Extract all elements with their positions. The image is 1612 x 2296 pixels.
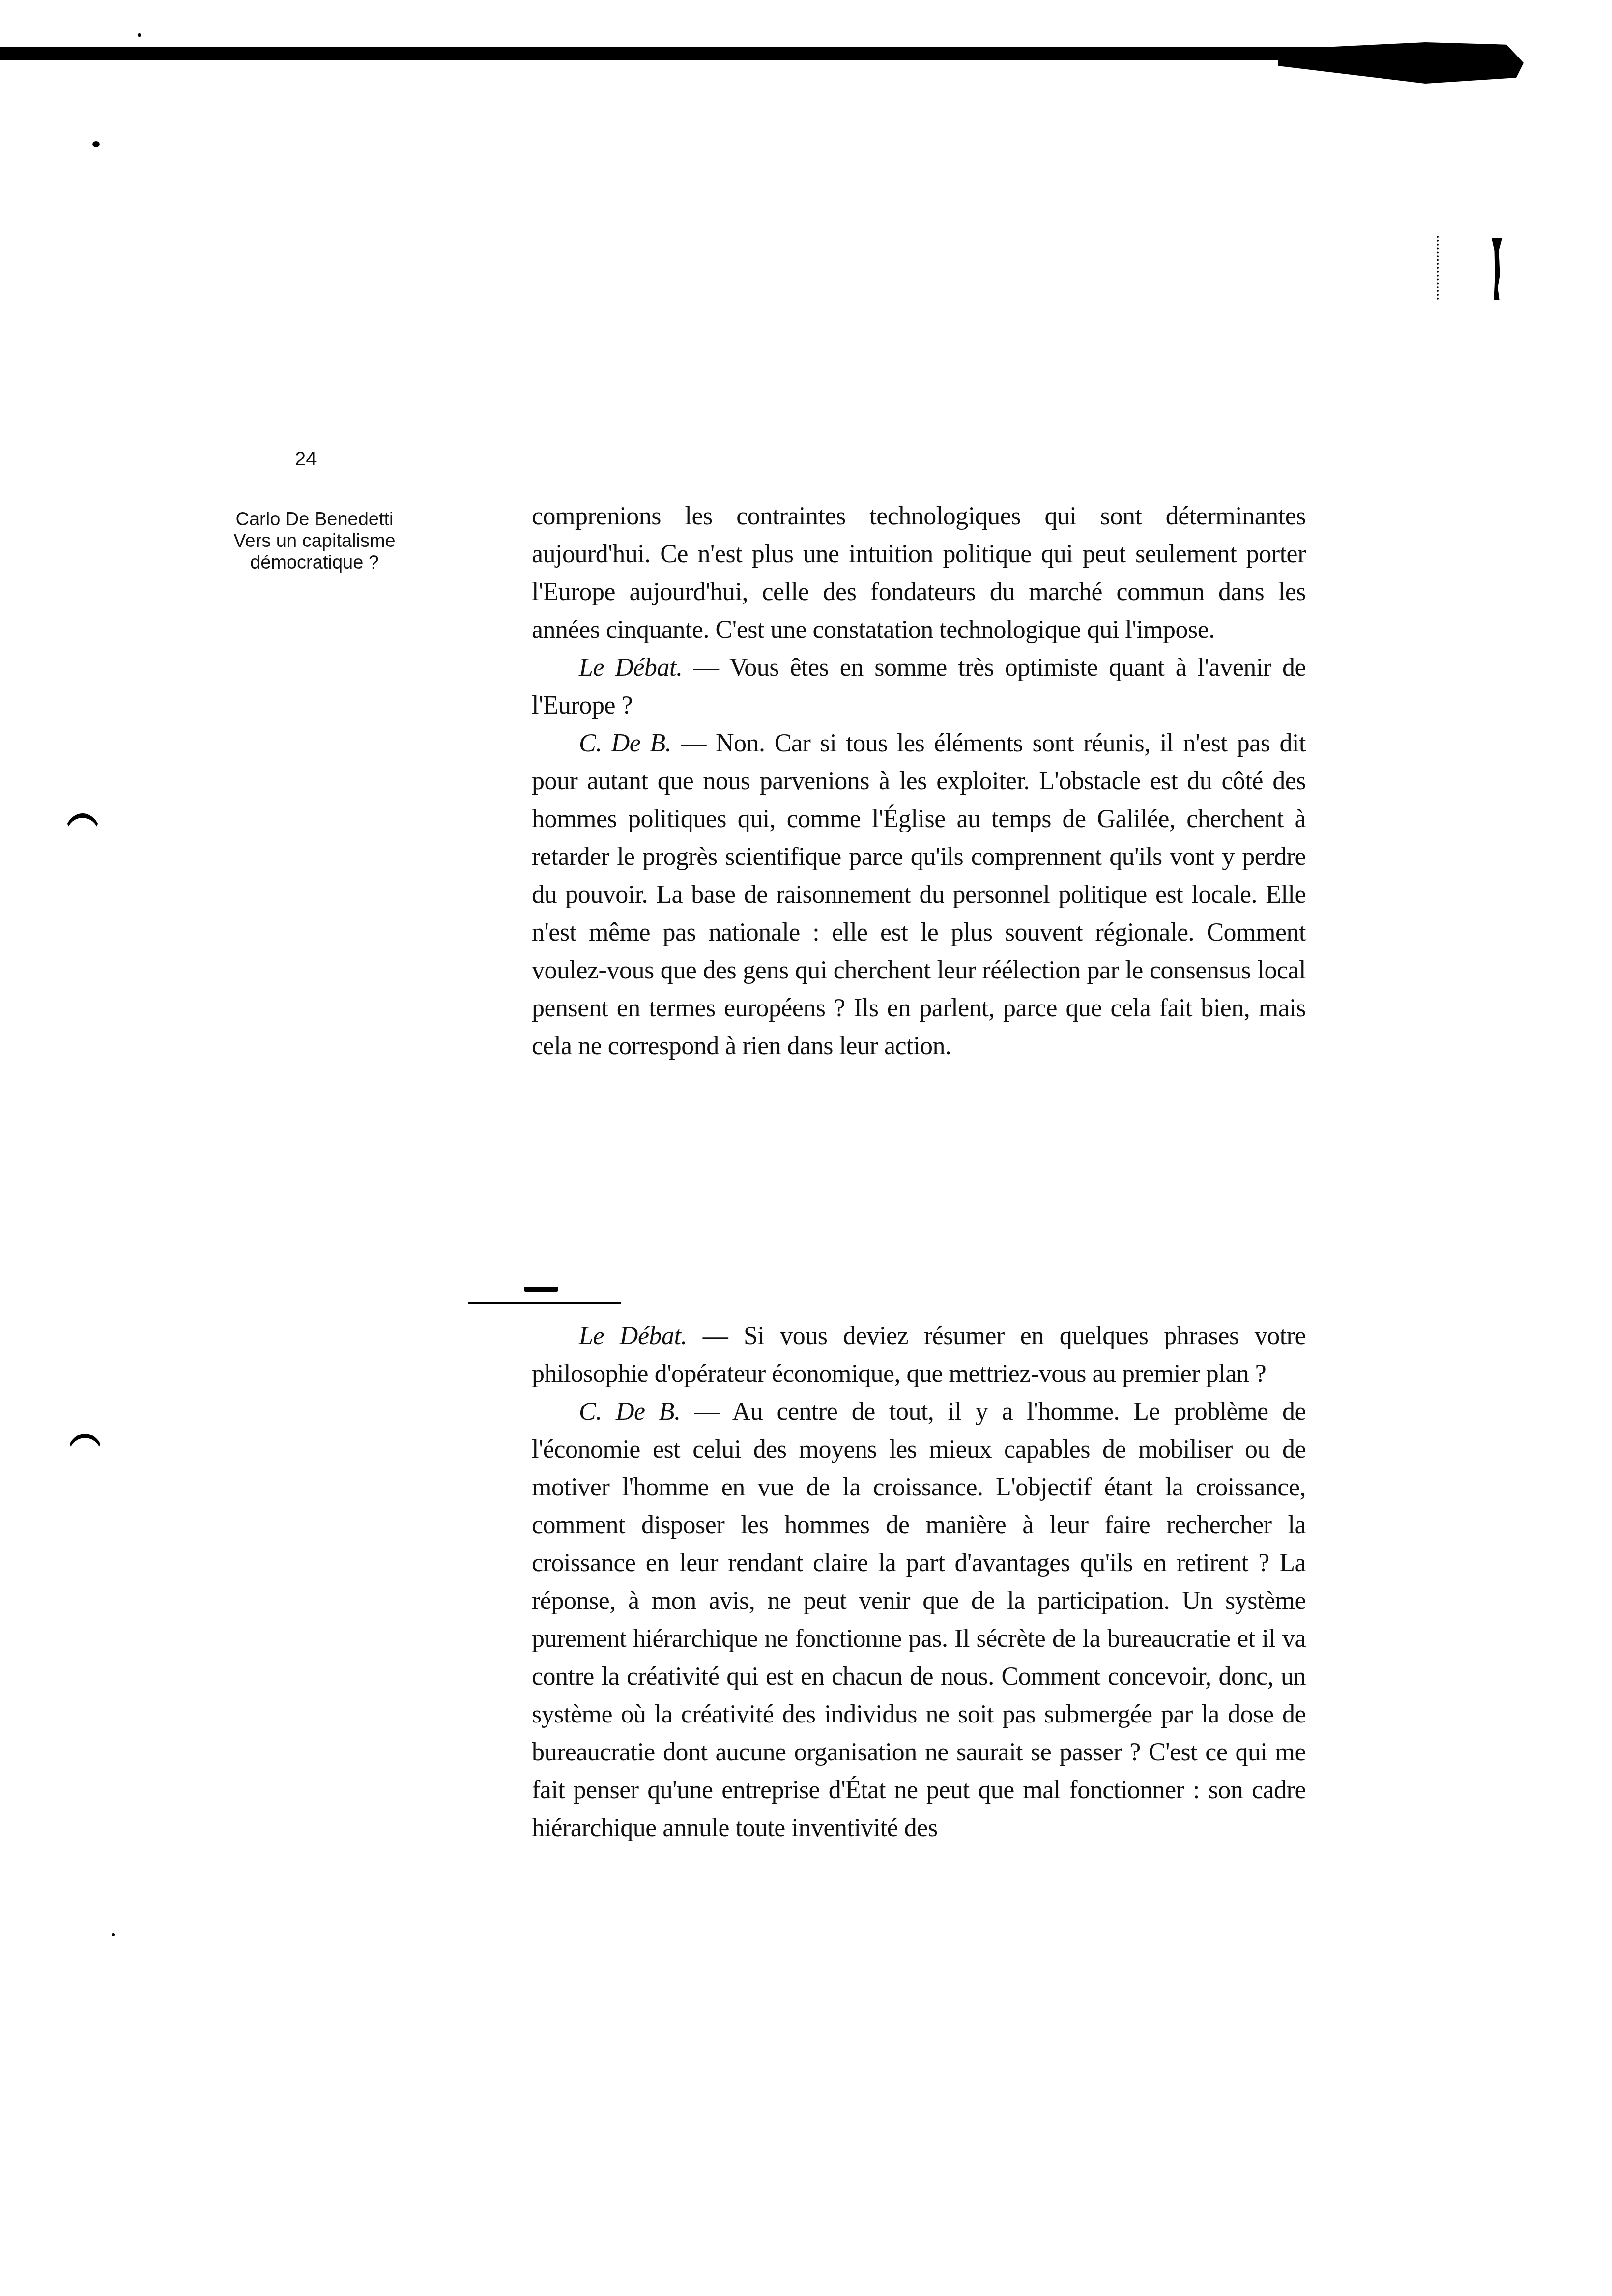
page-number: 24	[295, 448, 317, 470]
paragraph-text: comprenions les contraintes technologiqu…	[532, 502, 1306, 644]
paragraph-answer: C. De B. — Non. Car si tous les éléments…	[532, 724, 1306, 1065]
text-column-section-2: Le Débat. — Si vous deviez résumer en qu…	[532, 1317, 1306, 1847]
paragraph-question: Le Débat. — Si vous deviez résumer en qu…	[532, 1317, 1306, 1393]
text-column-section-1: comprenions les contraintes technologiqu…	[532, 497, 1306, 1065]
binder-hole-arc-icon	[66, 1434, 104, 1458]
running-head-author: Carlo De Benedetti	[211, 509, 418, 530]
scan-edge-bar-end	[1278, 30, 1524, 89]
scan-speck	[92, 141, 100, 147]
scan-speck	[138, 33, 141, 37]
speaker-label: Le Débat.	[579, 654, 683, 682]
binder-hole-arc-icon	[64, 813, 101, 837]
running-head: Carlo De Benedetti Vers un capitalisme d…	[211, 509, 418, 574]
speaker-label: C. De B.	[579, 1398, 681, 1426]
running-head-title-line1: Vers un capitalisme	[211, 530, 418, 552]
paragraph-text: — Au centre de tout, il y a l'homme. Le …	[532, 1398, 1306, 1842]
section-separator-rule	[468, 1302, 621, 1304]
paragraph-question: Le Débat. — Vous êtes en somme très opti…	[532, 649, 1306, 724]
paragraph-continuation: comprenions les contraintes technologiqu…	[532, 497, 1306, 649]
speaker-label: C. De B.	[579, 729, 671, 757]
edge-dotted-mark	[1437, 236, 1440, 300]
scan-speck	[112, 1933, 115, 1936]
speaker-label: Le Débat.	[579, 1322, 687, 1350]
scan-edge-bar	[0, 47, 1425, 60]
paragraph-text: — Non. Car si tous les éléments sont réu…	[532, 729, 1306, 1060]
running-head-title-line2: démocratique ?	[211, 552, 418, 574]
edge-solid-mark	[1492, 238, 1502, 300]
paragraph-answer: C. De B. — Au centre de tout, il y a l'h…	[532, 1393, 1306, 1847]
section-separator-mark	[524, 1287, 558, 1291]
